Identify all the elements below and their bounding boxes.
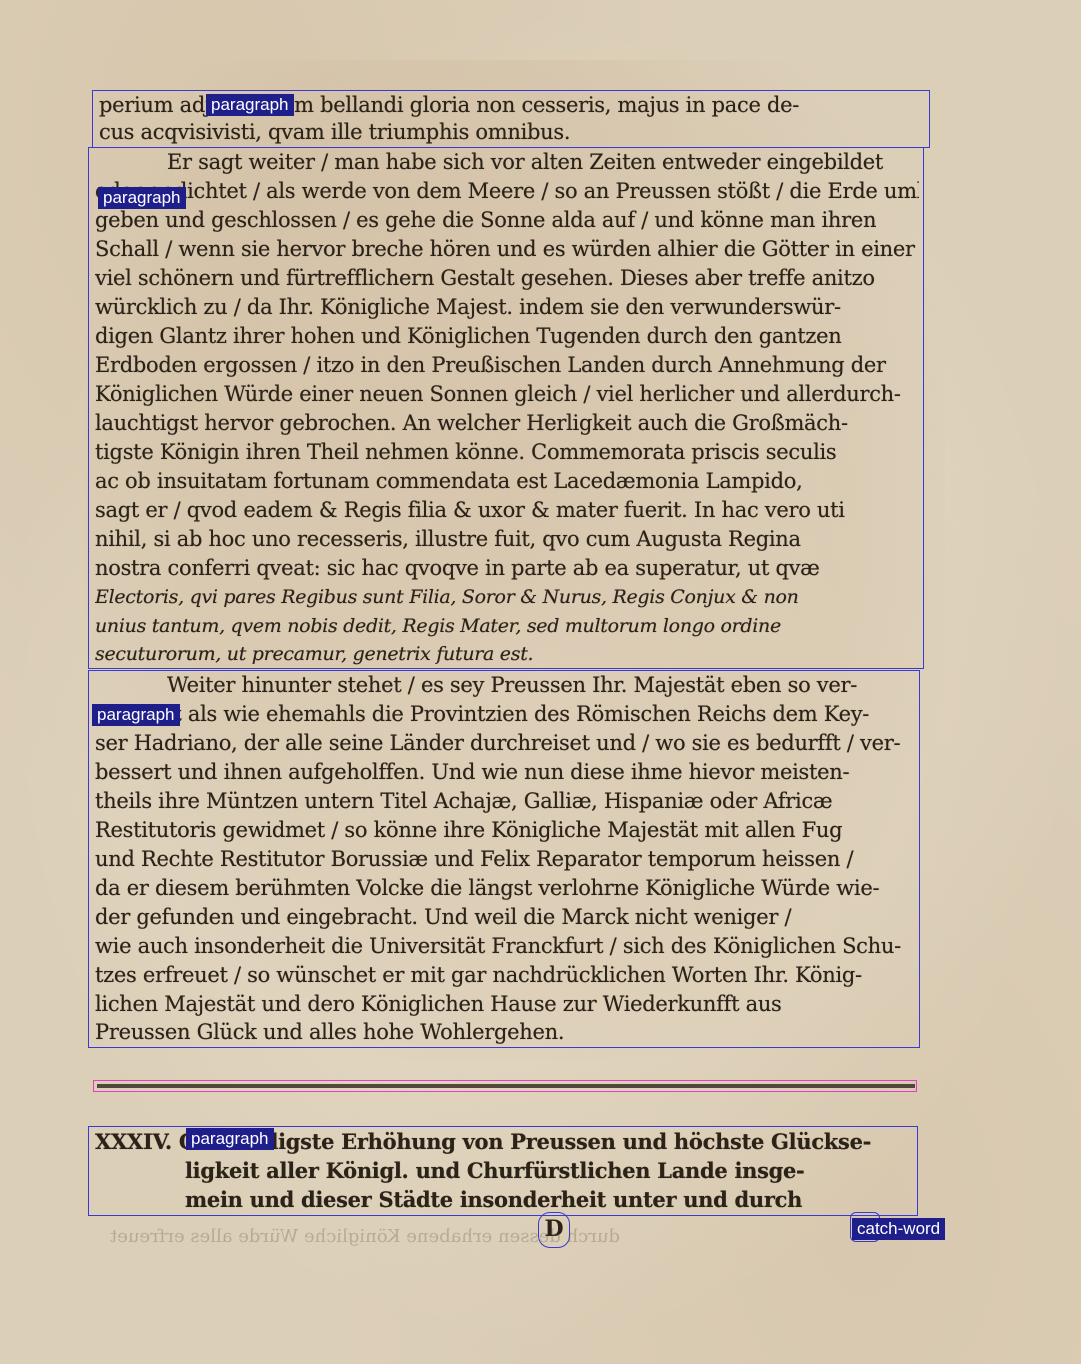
region-label-catch-word: catch-word	[852, 1218, 945, 1240]
text-line: viel schönern und fürtrefflichern Gestal…	[95, 264, 919, 293]
text-line: ac ob insuitatam fortunam commendata est…	[95, 467, 919, 496]
text-line: geben und geschlossen / es gehe die Sonn…	[95, 206, 919, 235]
text-line: Weiter hinunter stehet / es sey Preussen…	[167, 671, 915, 700]
text-line: der gefunden und eingebracht. Und weil d…	[95, 903, 915, 932]
text-line: tigste Königin ihren Theil nehmen könne.…	[95, 438, 919, 467]
text-line: oder gedichtet / als werde von dem Meere…	[95, 177, 919, 206]
text-line: da er diesem berühmten Volcke die längst…	[95, 874, 915, 903]
text-line: lauchtigst hervor gebrochen. An welcher …	[95, 409, 919, 438]
text-line: unius tantum, qvem nobis dedit, Regis Ma…	[95, 612, 919, 641]
text-line: Electoris, qvi pares Regibus sunt Filia,…	[95, 583, 919, 612]
document-page: perium adjicere cum bellandi gloria non …	[0, 0, 1081, 1364]
text-line: Er sagt weiter / man habe sich vor alten…	[167, 148, 919, 177]
text-line: tzes erfreuet / so wünschet er mit gar n…	[95, 961, 915, 990]
text-line: cus acqvisivisti, qvam ille triumphis om…	[99, 118, 659, 147]
text-line: ser Hadriano, der alle seine Länder durc…	[95, 729, 915, 758]
text-line: Restitutoris gewidmet / so könne ihre Kö…	[95, 816, 915, 845]
text-line: lichen Majestät und dero Königlichen Hau…	[95, 990, 915, 1019]
separator-rule	[97, 1084, 915, 1088]
region-label-paragraph: paragraph	[98, 187, 186, 209]
paragraph-region-2[interactable]: Er sagt weiter / man habe sich vor alten…	[88, 147, 924, 669]
text-line: nihil, si ab hoc uno recesseris, illustr…	[95, 525, 919, 554]
region-label-paragraph: paragraph	[186, 1128, 274, 1150]
text-line: Schall / wenn sie hervor breche hören un…	[95, 235, 919, 264]
region-label-paragraph: paragraph	[92, 704, 180, 726]
text-line: mein und dieser Städte insonderheit unte…	[185, 1185, 913, 1214]
text-line: bessert und ihnen aufgeholffen. Und wie …	[95, 758, 915, 787]
text-line: theils ihre Müntzen untern Titel Achajæ,…	[95, 787, 915, 816]
text-line: Erdboden ergossen / itzo in den Preußisc…	[95, 351, 919, 380]
text-line: wie auch insonderheit die Universität Fr…	[95, 932, 915, 961]
text-line: secuturorum, ut precamur, genetrix futur…	[95, 640, 603, 669]
text-line: und Rechte Restitutor Borussiæ und Felix…	[95, 845, 915, 874]
text-line: sagt er / qvod eadem & Regis filia & uxo…	[95, 496, 919, 525]
text-line: Königlichen Würde einer neuen Sonnen gle…	[95, 380, 919, 409]
bleed-through-text: durch dessen erhabene Königliche Würde a…	[100, 1226, 620, 1250]
text-line: nostra conferri qveat: sic hac qvoqve in…	[95, 554, 919, 583]
region-label-paragraph: paragraph	[206, 94, 294, 116]
text-line: digen Glantz ihrer hohen und Königlichen…	[95, 322, 919, 351]
paragraph-region-3[interactable]: Weiter hinunter stehet / es sey Preussen…	[88, 670, 920, 1048]
text-line: würcklich zu / da Ihr. Königliche Majest…	[95, 293, 919, 322]
text-line: Preussen Glück und alles hohe Wohlergehe…	[95, 1018, 619, 1047]
text-line: ligkeit aller Königl. und Churfürstliche…	[185, 1156, 913, 1185]
text-line: pflichtet als wie ehemahls die Provintzi…	[95, 700, 915, 729]
